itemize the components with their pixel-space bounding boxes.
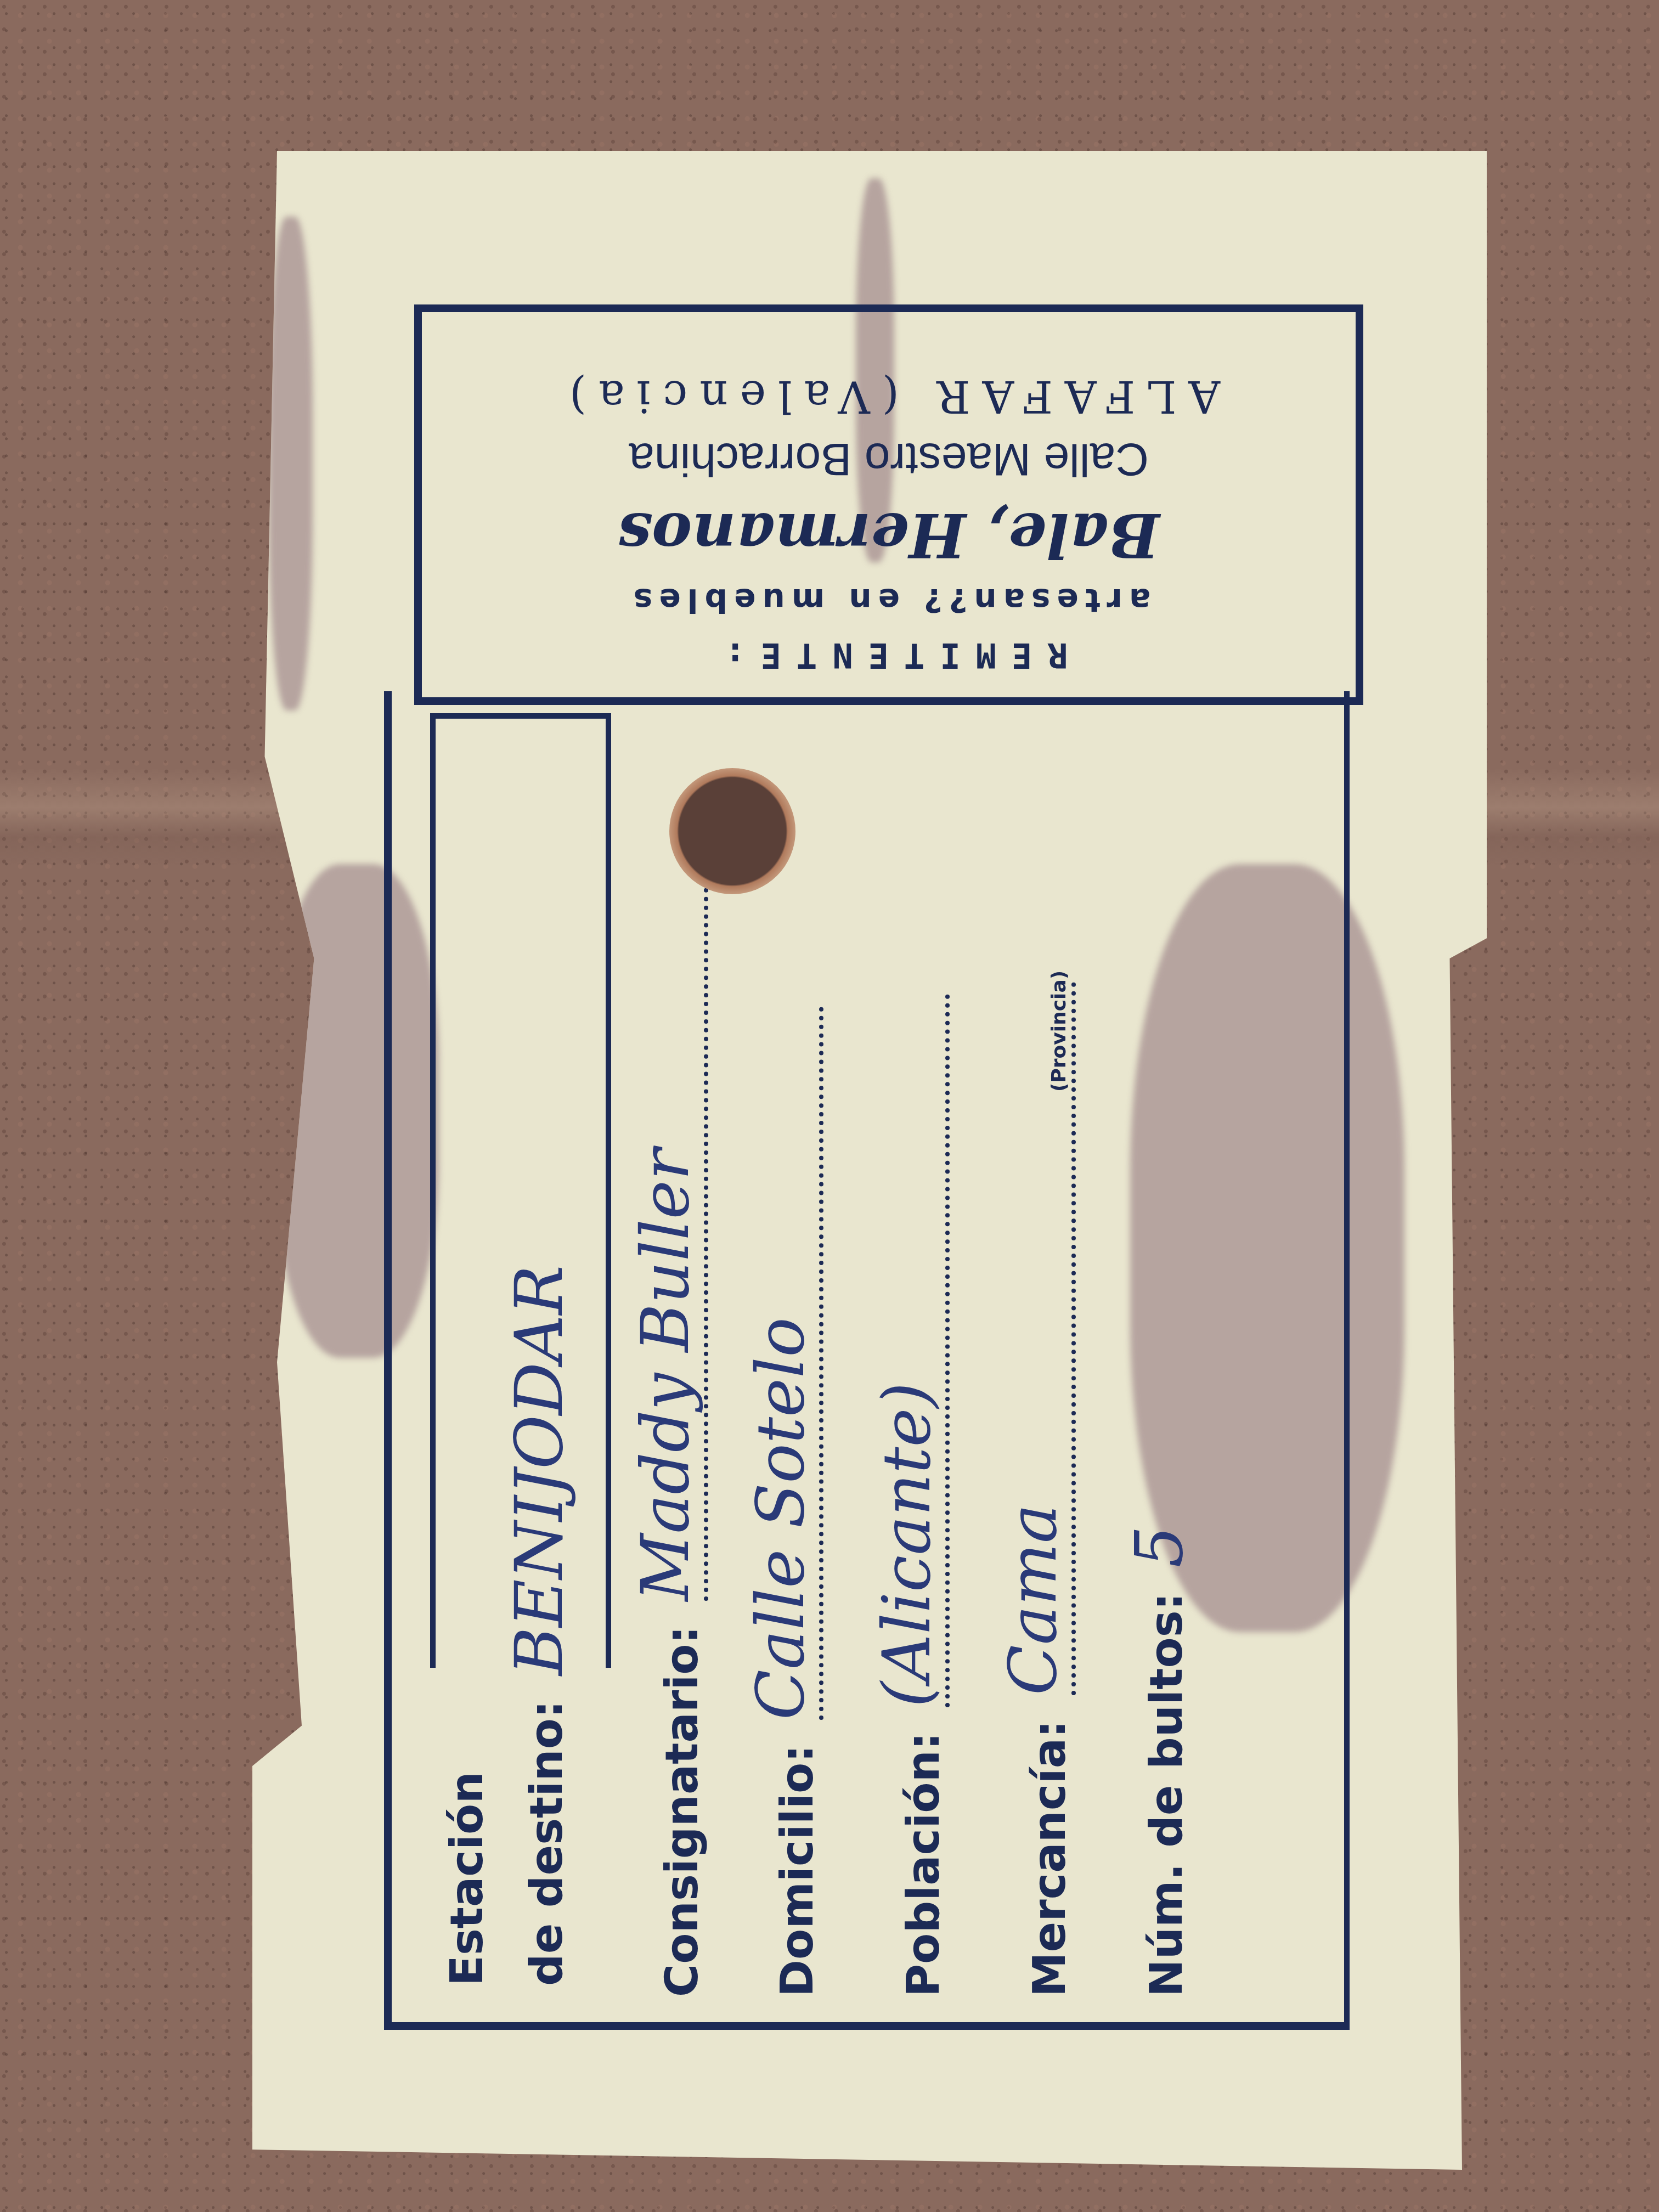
nail-hole bbox=[669, 768, 795, 894]
consignee-value: Maddy Buller bbox=[628, 888, 708, 1601]
sender-box: REMITENTE: artesan?? en muebles Bale, He… bbox=[414, 304, 1363, 705]
station-label-line1: Estación bbox=[441, 1771, 493, 1986]
sender-heading: REMITENTE: bbox=[709, 635, 1068, 675]
consignment-form: Estación de destino: BENIJODAR Consignat… bbox=[384, 691, 1350, 2030]
field-station-value: de destino: BENIJODAR bbox=[501, 1265, 578, 1986]
station-value: BENIJODAR bbox=[501, 1265, 578, 1675]
field-station: Estación bbox=[441, 1771, 493, 1986]
sender-subtitle: artesan?? en muebles bbox=[627, 582, 1150, 619]
field-packages: Núm. de bultos: 5 bbox=[1121, 1526, 1198, 1997]
address-label: Domicilio: bbox=[771, 1745, 823, 1997]
field-goods: Mercancía: Cama bbox=[995, 982, 1076, 1997]
town-label: Población: bbox=[898, 1732, 950, 1997]
consignee-label: Consignatario: bbox=[656, 1626, 708, 1997]
field-town: Población: (Alicante) bbox=[869, 994, 950, 1997]
field-address: Domicilio: Calle Sotelo bbox=[743, 1007, 823, 1997]
town-value: (Alicante) bbox=[869, 994, 950, 1707]
station-label-line2: de destino: bbox=[521, 1700, 573, 1986]
sender-city: ALFAFAR (Valencia) bbox=[557, 371, 1220, 422]
packages-label: Núm. de bultos: bbox=[1141, 1593, 1193, 1997]
paper-damage bbox=[269, 217, 313, 710]
address-value: Calle Sotelo bbox=[743, 1007, 823, 1720]
field-consignee: Consignatario: Maddy Buller bbox=[628, 888, 708, 1997]
packages-value: 5 bbox=[1121, 1526, 1198, 1567]
sender-name: Bale, Hermanos bbox=[618, 500, 1159, 571]
sender-street: Calle Maestro Borrachina bbox=[629, 433, 1149, 486]
goods-label: Mercancía: bbox=[1024, 1720, 1076, 1997]
province-hint: (Provincia) bbox=[1048, 970, 1070, 1092]
